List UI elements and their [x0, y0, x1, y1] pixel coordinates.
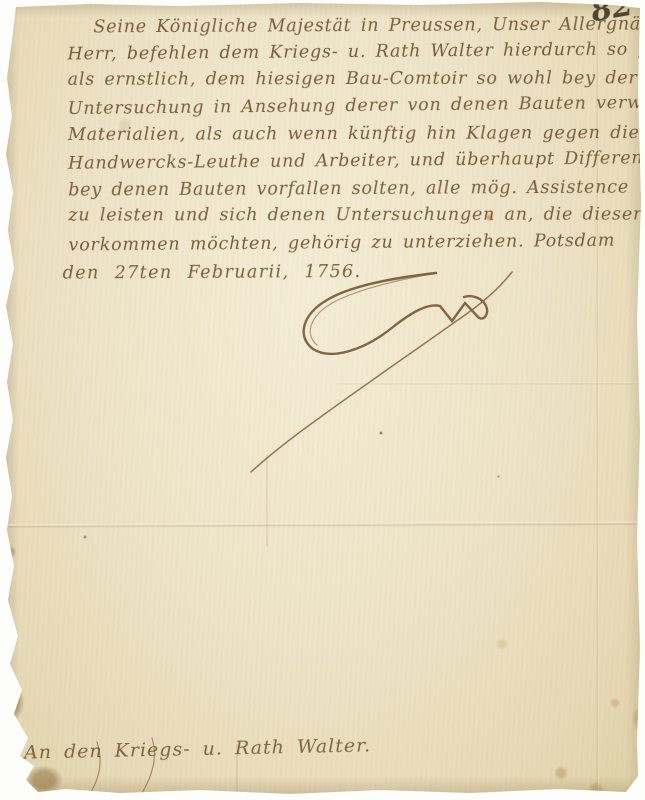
- handwritten-line: zu leisten und sich denen Untersuchungen…: [68, 202, 634, 230]
- handwritten-line: Untersuchung in Ansehung derer von denen…: [68, 90, 634, 123]
- handwritten-line: Handwercks-Leuthe und Arbeiter, und über…: [68, 145, 634, 178]
- letter-body: Seine Königliche Majestät in Preussen, U…: [67, 11, 634, 286]
- handwritten-line: Materialien, als auch wenn künftig hin K…: [68, 120, 634, 149]
- fold-crease-vertical-short: [266, 455, 268, 547]
- scanned-letter-page: 82 Seine Königliche Majestät in Preussen…: [0, 0, 645, 800]
- handwritten-line: vorkommen möchten, gehörig zu unterziehe…: [68, 227, 634, 259]
- handwritten-date-line: den 27ten Februarii, 1756.: [63, 257, 635, 287]
- fold-crease-horizontal-right: [340, 382, 645, 385]
- fold-crease-horizontal-main: [0, 522, 645, 529]
- handwritten-line: bey denen Bauten vorfallen solten, alle …: [68, 175, 634, 205]
- address-line: An den Kriegs- u. Rath Walter.: [24, 734, 372, 763]
- handwritten-line: Herr, befehlen dem Kriegs- u. Rath Walte…: [67, 37, 633, 69]
- letter-paper: 82 Seine Königliche Majestät in Preussen…: [0, 0, 645, 800]
